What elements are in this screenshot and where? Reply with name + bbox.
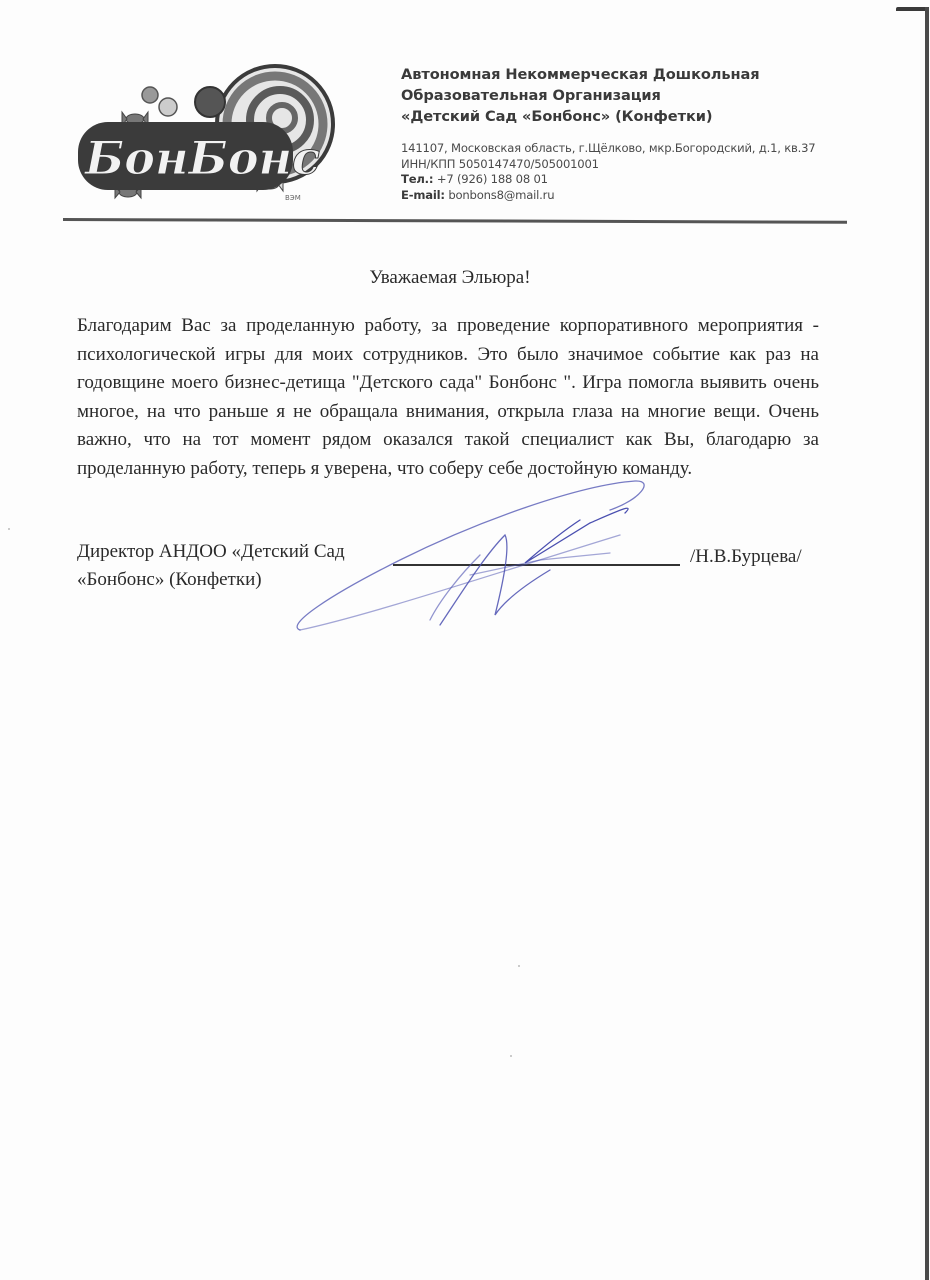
scan-edge [925,7,929,1280]
address: 141107, Московская область, г.Щёлково, м… [401,141,815,157]
email: E-mail: bonbons8@mail.ru [401,188,815,204]
greeting: Уважаемая Эльюра! [0,267,900,289]
letter-body: Благодарим Вас за проделанную работу, за… [77,312,819,483]
scan-speck [510,1055,512,1057]
organization-name: Автономная Некоммерческая Дошкольная Обр… [401,64,760,127]
scan-speck [518,965,520,967]
candy-lollipop-logo-icon: БонБонс ВЭМ [75,62,340,207]
bonbons-logo: БонБонс ВЭМ [75,62,340,207]
signatory-name: /Н.В.Бурцева/ [690,546,802,568]
inn-kpp: ИНН/КПП 5050147470/505001001 [401,157,815,173]
svg-text:БонБонс: БонБонс [83,131,320,185]
letter-page: БонБонс ВЭМ Автономная Некоммерческая До… [0,0,930,1280]
scan-edge [896,7,928,11]
handwritten-signature [290,475,680,640]
svg-text:ВЭМ: ВЭМ [285,194,301,202]
signature-scribble-icon [290,475,680,640]
scan-speck [8,528,10,530]
phone: Тел.: +7 (926) 188 08 01 [401,172,815,188]
letterhead-divider [63,218,847,224]
contact-details: 141107, Московская область, г.Щёлково, м… [401,141,815,203]
